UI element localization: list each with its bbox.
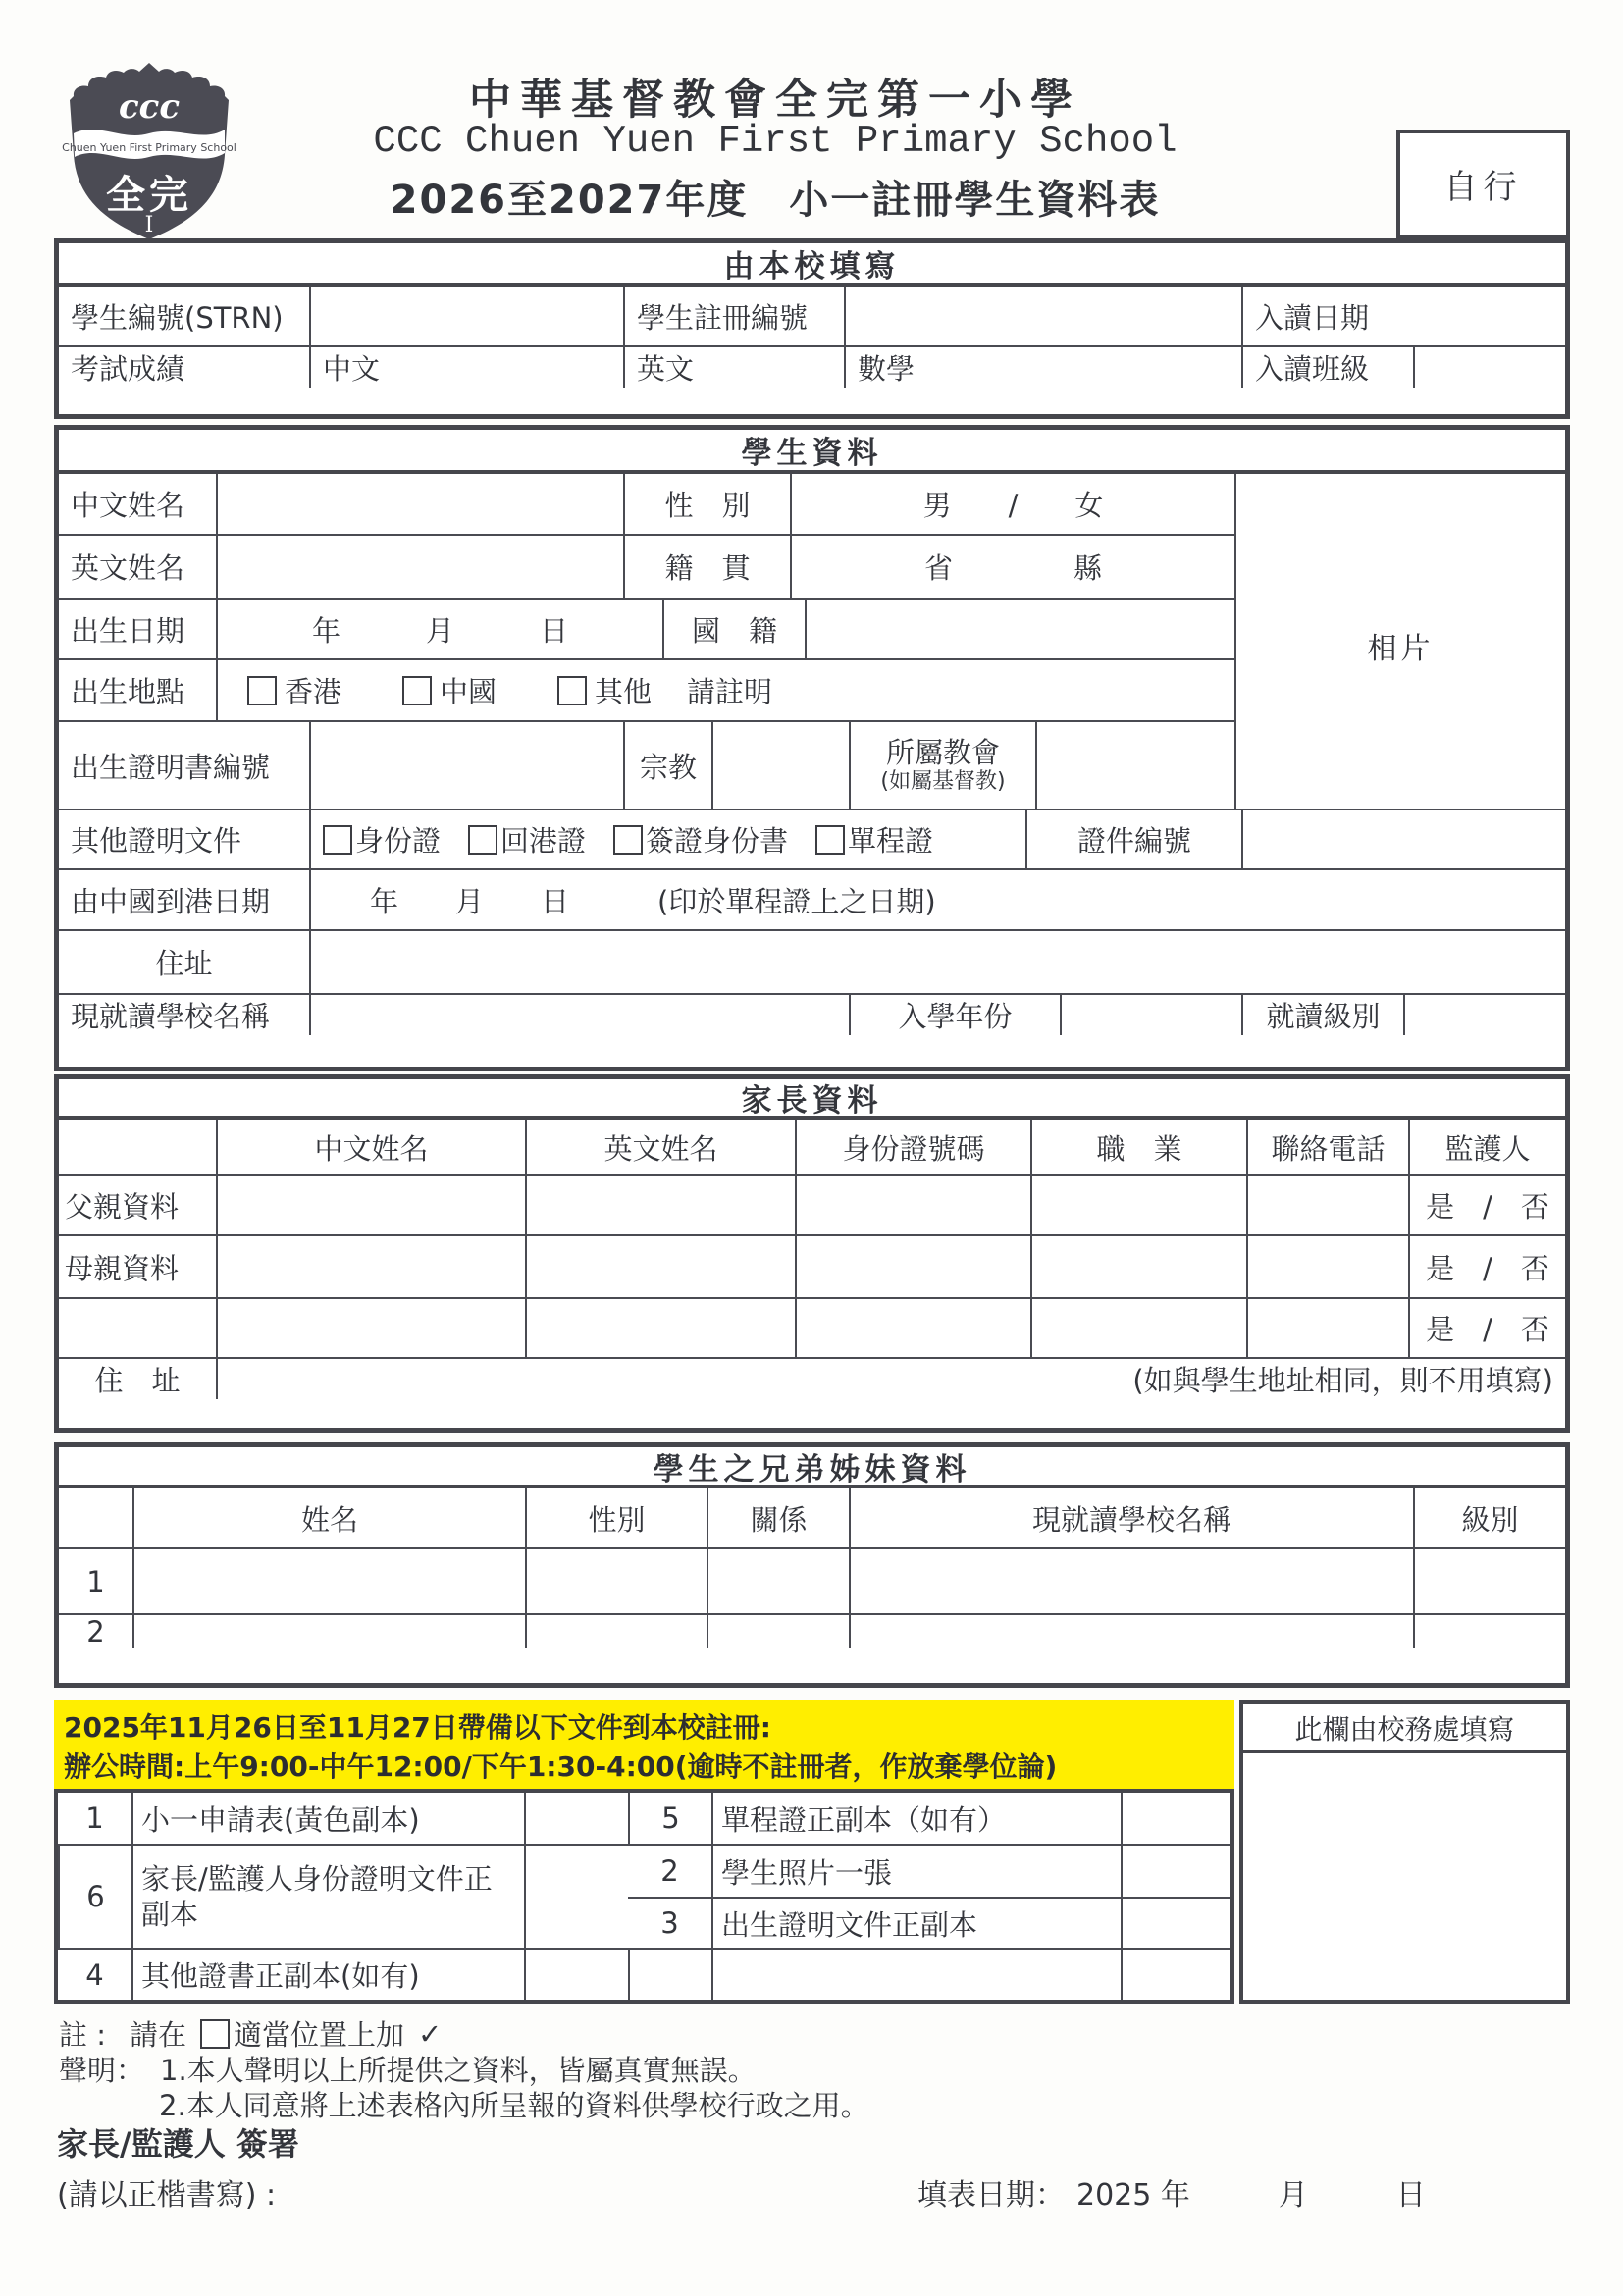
sibling-2-gender-field: [525, 1615, 707, 1648]
logo-ribbon-text: Chuen Yuen First Primary School: [62, 141, 236, 154]
registration-notice: 2025年11月26日至11月27日帶備以下文件到本校註冊: 辦公時間:上午9:…: [54, 1700, 1234, 1789]
signature-label: 家長/監護人 簽署: [57, 2119, 299, 2165]
father-row: 父親資料 是 / 否: [59, 1174, 1565, 1234]
english-name-label: 英文姓名: [59, 536, 216, 598]
checkbox-reentry-icon: [468, 825, 497, 855]
documents-table: 1 小一申請表(黃色副本) 5 單程證正副本（如有） 2 學生照片一張 6 家長…: [54, 1789, 1234, 2004]
address-label: 住址: [59, 931, 309, 993]
origin-province-label: 省: [924, 547, 953, 587]
sibling-1-relation-field: [707, 1549, 849, 1613]
table-row: 中文姓名 性 別 男 / 女: [59, 474, 1236, 534]
col-chinese-name: 中文姓名: [216, 1120, 525, 1174]
col-sibling-relation: 關係: [707, 1488, 849, 1547]
table-row: 現就讀學校名稱 入學年份 就讀級別: [59, 993, 1565, 1035]
doc-visa-label: 簽證身份書: [646, 819, 788, 860]
father-guardian-options: 是 / 否: [1408, 1176, 1565, 1234]
col-sibling-grade: 級別: [1413, 1488, 1565, 1547]
doc-1-check-field: [524, 1793, 628, 1844]
arrival-date-field: 年 月 日 (印於單程證上之日期): [309, 870, 1565, 929]
sibling-1-grade-field: [1413, 1549, 1565, 1613]
sibling-2-grade-field: [1413, 1615, 1565, 1648]
other-hkid-field: [795, 1299, 1030, 1357]
mother-chinese-name-field: [216, 1236, 525, 1297]
doc-2-number: 2: [628, 1844, 711, 1897]
doc-1-number: 1: [58, 1793, 131, 1844]
photo-box: 相片: [1236, 478, 1565, 812]
sibling-2-school-field: [849, 1615, 1413, 1648]
birth-cert-no-field: [309, 722, 623, 809]
parents-header-row: 中文姓名 英文姓名 身份證號碼 職 業 聯絡電話 監護人: [59, 1120, 1565, 1174]
religion-field: [711, 722, 849, 809]
father-english-name-field: [525, 1176, 795, 1234]
note-check-mark: ✓: [418, 2017, 442, 2051]
school-logo: ccc Chuen Yuen First Primary School 全完 I: [61, 59, 237, 243]
father-occupation-field: [1030, 1176, 1246, 1234]
sibling-2-relation-field: [707, 1615, 849, 1648]
sibling-2-name-field: [132, 1615, 525, 1648]
arrival-date-label: 由中國到港日期: [59, 870, 309, 929]
dob-label: 出生日期: [59, 600, 216, 658]
logo-ccc-text: ccc: [119, 87, 180, 127]
other-guardian-row: 是 / 否: [59, 1297, 1565, 1357]
mother-occupation-field: [1030, 1236, 1246, 1297]
siblings-table: 學生之兄弟姊妹資料 姓名 性別 關係 現就讀學校名稱 級別 1 2: [54, 1442, 1570, 1688]
english-score-cell: 英文: [623, 347, 844, 388]
registration-form-page: ccc Chuen Yuen First Primary School 全完 I…: [0, 0, 1623, 2296]
entry-class-label: 入讀班級: [1241, 347, 1413, 388]
father-label: 父親資料: [59, 1176, 216, 1234]
sibling-1-school-field: [849, 1549, 1413, 1613]
table-row: 英文姓名 籍 貫 省 縣: [59, 534, 1236, 598]
checkbox-hkid-icon: [323, 825, 352, 855]
checkbox-visa-icon: [613, 825, 643, 855]
mother-phone-field: [1246, 1236, 1408, 1297]
doc-row4-blank-check: [1121, 1948, 1230, 2000]
entry-year-field: [1060, 995, 1241, 1035]
doc-row4-blank-number: [628, 1948, 711, 2000]
doc-2-check-field: [1121, 1844, 1230, 1897]
doc-6-label: 家長/監護人身份證明文件正副本: [131, 1844, 524, 1948]
doc-row4-blank-label: [711, 1948, 1121, 2000]
strn-field: [309, 287, 623, 345]
entry-class-field: [1413, 347, 1565, 388]
current-grade-label: 就讀級別: [1241, 995, 1403, 1035]
birthplace-other-label: 其他: [595, 670, 652, 710]
logo-roman-numeral: I: [145, 213, 154, 237]
student-info-table: 學生資料 中文姓名 性 別 男 / 女 英文姓名 籍 貫 省 縣 出生日期 年 …: [54, 425, 1570, 1071]
section-title-siblings: 學生之兄弟姊妹資料: [59, 1447, 1565, 1488]
doc-reentry-label: 回港證: [500, 819, 586, 860]
arrival-date-note: (印於單程證上之日期): [657, 880, 936, 920]
office-use-box: 此欄由校務處填寫: [1239, 1700, 1570, 2004]
section-title-parents: 家長資料: [59, 1079, 1565, 1120]
entry-year-label: 入學年份: [849, 995, 1060, 1035]
table-row: 出生證明書編號 宗教 所屬教會 (如屬基督教): [59, 720, 1236, 809]
birthplace-label: 出生地點: [59, 660, 216, 720]
strn-label: 學生編號(STRN): [59, 287, 309, 345]
mother-row: 母親資料 是 / 否: [59, 1234, 1565, 1297]
origin-county-label: 縣: [1073, 547, 1102, 587]
doc-6-number: 6: [58, 1844, 131, 1948]
chinese-name-label: 中文姓名: [59, 474, 216, 534]
student-reg-no-label: 學生註冊編號: [623, 287, 844, 345]
col-sibling-school: 現就讀學校名稱: [849, 1488, 1413, 1547]
signature-note: (請以正楷書寫) :: [57, 2170, 276, 2214]
father-phone-field: [1246, 1176, 1408, 1234]
form-date-value: 2025 年 月 日: [1076, 2170, 1426, 2214]
form-date-line: 填表日期： 2025 年 月 日: [917, 2170, 1426, 2214]
logo-school-short-name: 全完: [106, 173, 192, 218]
office-use-title: 此欄由校務處填寫: [1243, 1704, 1566, 1753]
form-title: 2026至2027年度 小一註冊學生資料表: [294, 169, 1256, 225]
siblings-corner-cell: [59, 1488, 132, 1547]
doc-5-number: 5: [628, 1793, 711, 1844]
checkbox-hongkong-icon: [247, 676, 277, 705]
mother-label: 母親資料: [59, 1236, 216, 1297]
church-label-cell: 所屬教會 (如屬基督教): [849, 722, 1035, 809]
doc-hkid-label: 身份證: [355, 819, 441, 860]
parents-table: 家長資料 中文姓名 英文姓名 身份證號碼 職 業 聯絡電話 監護人 父親資料 是…: [54, 1074, 1570, 1433]
table-row: 考試成績 中文 英文 數學 入讀班級: [59, 345, 1565, 388]
father-hkid-field: [795, 1176, 1030, 1234]
school-shield-icon: ccc Chuen Yuen First Primary School 全完 I: [61, 59, 237, 243]
form-date-label: 填表日期：: [917, 2170, 1065, 2214]
parents-corner-cell: [59, 1120, 216, 1174]
birthplace-cn-label: 中國: [440, 670, 497, 710]
col-sibling-gender: 性別: [525, 1488, 707, 1547]
birthplace-specify-label: 請註明: [687, 670, 772, 710]
other-occupation-field: [1030, 1299, 1246, 1357]
address-field: [309, 931, 1565, 993]
self-route-box: 自行: [1396, 130, 1570, 238]
parents-address-row: 住 址 (如與學生地址相同，則不用填寫): [59, 1357, 1565, 1399]
math-score-cell: 數學: [844, 347, 1241, 388]
note-checkbox-icon: [200, 2019, 230, 2049]
notice-line-1: 2025年11月26日至11月27日帶備以下文件到本校註冊:: [64, 1706, 1225, 1746]
sibling-1-number: 1: [59, 1549, 132, 1613]
father-chinese-name-field: [216, 1176, 525, 1234]
mother-hkid-field: [795, 1236, 1030, 1297]
declaration-label: 聲明：: [59, 2049, 144, 2089]
doc-no-label: 證件編號: [1025, 810, 1241, 868]
religion-label: 宗教: [623, 722, 711, 809]
doc-3-number: 3: [628, 1897, 711, 1948]
note-pre: 請在: [130, 2013, 186, 2054]
checkbox-other-icon: [557, 676, 587, 705]
checkbox-oneway-icon: [815, 825, 845, 855]
table-row: 住址: [59, 929, 1565, 993]
other-guardian-label: [59, 1299, 216, 1357]
chinese-name-field: [216, 474, 623, 534]
notice-line-2: 辦公時間:上午9:00-中午12:00/下午1:30-4:00(逾時不註冊者，作…: [64, 1746, 1225, 1785]
doc-4-label: 其他證書正副本(如有): [131, 1948, 524, 2000]
other-phone-field: [1246, 1299, 1408, 1357]
parents-address-label: 住 址: [59, 1359, 216, 1399]
table-row: 由中國到港日期 年 月 日 (印於單程證上之日期): [59, 868, 1565, 929]
declaration-line-1: 聲明： 1.本人聲明以上所提供之資料，皆屬真實無誤。: [59, 2049, 757, 2089]
note-label: 註 :: [59, 2013, 106, 2054]
siblings-header-row: 姓名 性別 關係 現就讀學校名稱 級別: [59, 1488, 1565, 1547]
gender-options: 男 / 女: [790, 474, 1234, 534]
col-guardian: 監護人: [1408, 1120, 1565, 1174]
nationality-label: 國 籍: [662, 600, 805, 658]
other-chinese-name-field: [216, 1299, 525, 1357]
parents-address-field: (如與學生地址相同，則不用填寫): [216, 1359, 1565, 1399]
church-field: [1035, 722, 1234, 809]
col-english-name: 英文姓名: [525, 1120, 795, 1174]
checkbox-china-icon: [402, 676, 432, 705]
table-row: 學生編號(STRN) 學生註冊編號 入讀日期: [59, 287, 1565, 345]
doc-3-check-field: [1121, 1897, 1230, 1948]
table-row: 出生地點 香港 中國 其他 請註明: [59, 658, 1236, 720]
church-note: (如屬基督教): [880, 769, 1005, 794]
birthplace-options: 香港 中國 其他 請註明: [216, 660, 1234, 720]
self-route-label: 自行: [1444, 160, 1523, 208]
note-line: 註 : 請在 適當位置上加 ✓: [59, 2013, 442, 2054]
birth-cert-no-label: 出生證明書編號: [59, 722, 309, 809]
entry-date-label: 入讀日期: [1241, 287, 1565, 345]
sibling-1-gender-field: [525, 1549, 707, 1613]
dob-format-field: 年 月 日: [216, 600, 662, 658]
doc-4-number: 4: [58, 1948, 131, 2000]
nationality-field: [805, 600, 1234, 658]
school-use-table: 由本校填寫 學生編號(STRN) 學生註冊編號 入讀日期 考試成績 中文 英文 …: [54, 238, 1570, 419]
photo-label: 相片: [1368, 624, 1435, 667]
declaration-line-2: 2.本人同意將上述表格內所呈報的資料供學校行政之用。: [159, 2084, 869, 2124]
doc-1-label: 小一申請表(黃色副本): [131, 1793, 524, 1844]
declaration-item-1: 1.本人聲明以上所提供之資料，皆屬真實無誤。: [160, 2049, 757, 2089]
col-occupation: 職 業: [1030, 1120, 1246, 1174]
col-sibling-name: 姓名: [132, 1488, 525, 1547]
mother-english-name-field: [525, 1236, 795, 1297]
doc-4-check-field: [524, 1948, 628, 2000]
doc-6-check-field: [524, 1844, 628, 1948]
english-name-field: [216, 536, 623, 598]
section-title-school-use: 由本校填寫: [59, 243, 1565, 287]
sibling-row-2: 2: [59, 1613, 1565, 1648]
col-phone: 聯絡電話: [1246, 1120, 1408, 1174]
doc-oneway-label: 單程證: [848, 819, 933, 860]
other-guardian-options: 是 / 否: [1408, 1299, 1565, 1357]
doc-3-label: 出生證明文件正副本: [711, 1897, 1121, 1948]
current-school-field: [309, 995, 849, 1035]
arrival-date-format: 年 月 日: [370, 880, 569, 920]
current-school-label: 現就讀學校名稱: [59, 995, 309, 1035]
student-reg-no-field: [844, 287, 1241, 345]
school-name-zh: 中華基督教會全完第一小學: [294, 67, 1256, 127]
mother-guardian-options: 是 / 否: [1408, 1236, 1565, 1297]
table-row: 出生日期 年 月 日 國 籍: [59, 598, 1236, 658]
doc-5-label: 單程證正副本（如有）: [711, 1793, 1121, 1844]
church-label: 所屬教會: [886, 737, 1000, 769]
declaration-item-2: 2.本人同意將上述表格內所呈報的資料供學校行政之用。: [159, 2084, 869, 2124]
note-post: 適當位置上加: [234, 2013, 404, 2054]
gender-label: 性 別: [623, 474, 790, 534]
current-grade-field: [1403, 995, 1565, 1035]
birthplace-hk-label: 香港: [285, 670, 341, 710]
section-title-student: 學生資料: [59, 430, 1565, 474]
col-hkid: 身份證號碼: [795, 1120, 1030, 1174]
doc-no-field: [1241, 810, 1565, 868]
school-name-en: CCC Chuen Yuen First Primary School: [294, 120, 1256, 163]
other-docs-options: 身份證 回港證 簽證身份書 單程證: [309, 810, 1025, 868]
exam-results-label: 考試成績: [59, 347, 309, 388]
table-row: 其他證明文件 身份證 回港證 簽證身份書 單程證 證件編號: [59, 809, 1565, 868]
sibling-row-1: 1: [59, 1547, 1565, 1613]
sibling-1-name-field: [132, 1549, 525, 1613]
origin-label: 籍 貫: [623, 536, 790, 598]
other-docs-label: 其他證明文件: [59, 810, 309, 868]
origin-options: 省 縣: [790, 536, 1234, 598]
chinese-score-cell: 中文: [309, 347, 623, 388]
other-english-name-field: [525, 1299, 795, 1357]
sibling-2-number: 2: [59, 1615, 132, 1648]
doc-2-label: 學生照片一張: [711, 1844, 1121, 1897]
doc-5-check-field: [1121, 1793, 1230, 1844]
parents-address-note: (如與學生地址相同，則不用填寫): [1132, 1359, 1553, 1399]
